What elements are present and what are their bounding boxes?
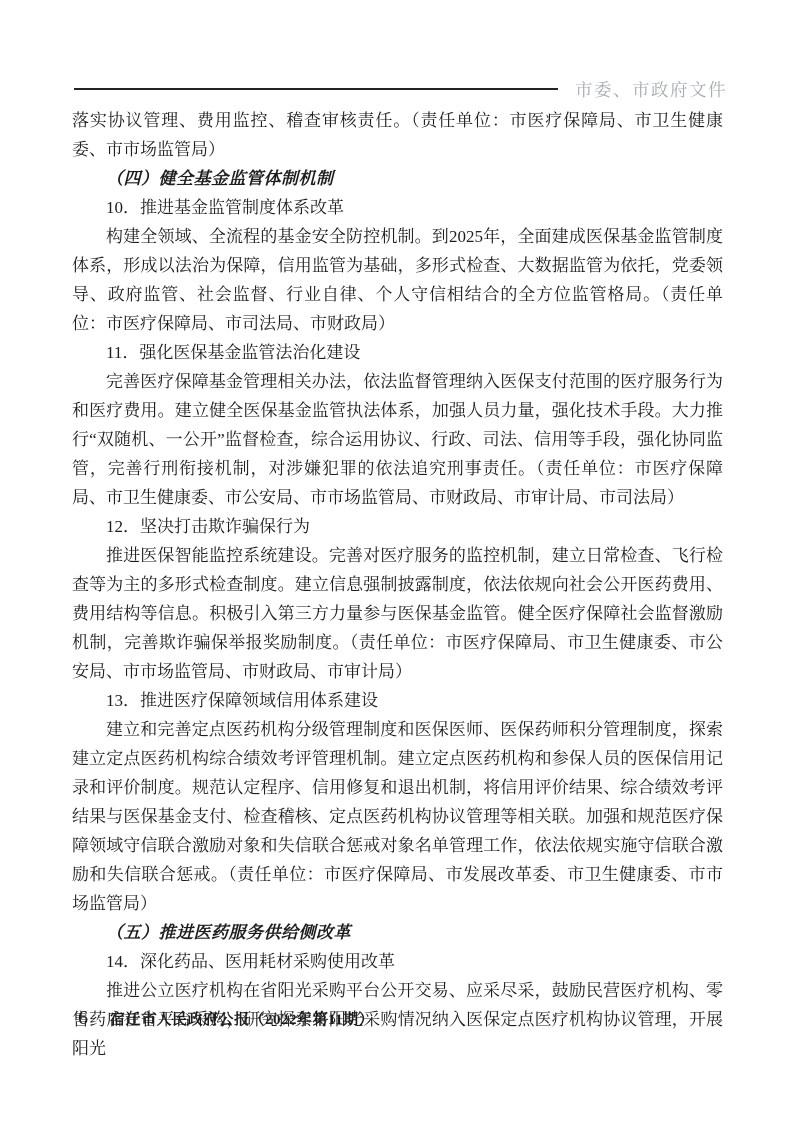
- document-page: 市委、市政府文件 落实协议管理、费用监控、稽查审核责任。（责任单位：市医疗保障局…: [0, 0, 793, 1122]
- para-item-11: 完善医疗保障基金管理相关办法，依法监督管理纳入医保支付范围的医疗服务行为和医疗费…: [72, 367, 723, 512]
- header-category-label: 市委、市政府文件: [575, 77, 727, 102]
- heading-item-14: 14．深化药品、医用耗材采购使用改革: [72, 947, 723, 976]
- heading-item-11: 11．强化医保基金监管法治化建设: [72, 338, 723, 367]
- page-header: 市委、市政府文件: [74, 77, 727, 101]
- para-item-10: 构建全领域、全流程的基金安全防控机制。到2025年，全面建成医保基金监管制度体系…: [72, 222, 723, 338]
- page-footer: 6 宿迁市人民政府公报（2022年第11期）: [78, 1007, 374, 1030]
- header-rule: [74, 88, 558, 90]
- para-continuation: 落实协议管理、费用监控、稽查审核责任。（责任单位：市医疗保障局、市卫生健康委、市…: [72, 106, 723, 164]
- heading-section-4: （四）健全基金监管体制机制: [72, 164, 723, 193]
- heading-item-12: 12．坚决打击欺诈骗保行为: [72, 512, 723, 541]
- publication-title: 宿迁市人民政府公报（2022年第11期）: [110, 1008, 374, 1029]
- document-body: 落实协议管理、费用监控、稽查审核责任。（责任单位：市医疗保障局、市卫生健康委、市…: [72, 106, 723, 1063]
- para-item-12: 推进医保智能监控系统建设。完善对医疗服务的监控机制，建立日常检查、飞行检查等为主…: [72, 541, 723, 686]
- heading-section-5: （五）推进医药服务供给侧改革: [72, 918, 723, 947]
- para-item-13: 建立和完善定点医药机构分级管理制度和医保医师、医保药师积分管理制度，探索建立定点…: [72, 715, 723, 918]
- page-number: 6: [78, 1007, 88, 1030]
- heading-item-13: 13．推进医疗保障领域信用体系建设: [72, 686, 723, 715]
- heading-item-10: 10．推进基金监管制度体系改革: [72, 193, 723, 222]
